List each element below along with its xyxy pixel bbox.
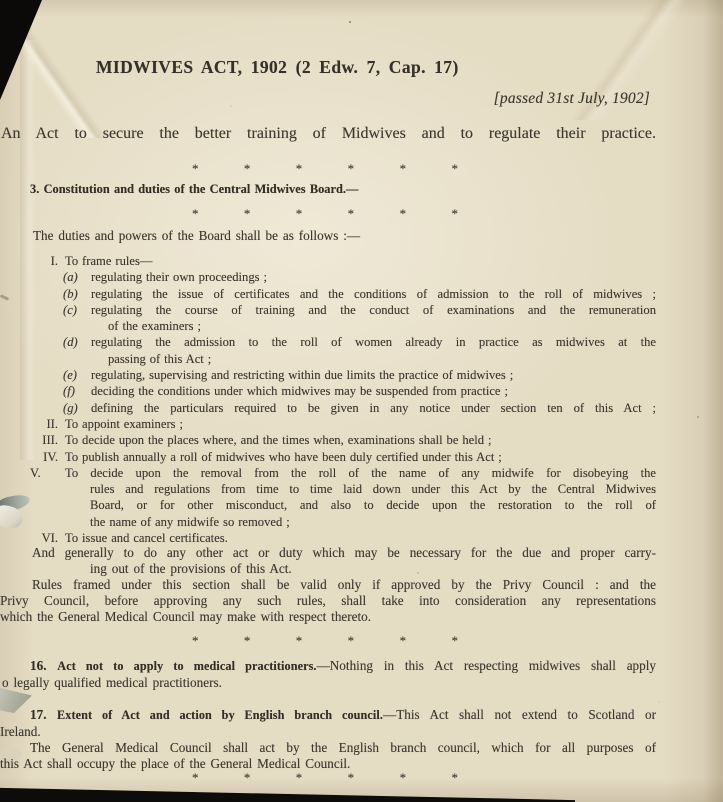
section-16-paragraph: 16. Act not to apply to medical practiti… (0, 658, 656, 691)
asterisk: * (451, 206, 458, 222)
duty-item-continuation: rules and regulations from time to time … (0, 481, 656, 497)
duty-label: (a) (63, 269, 86, 285)
section-17-line2: Ireland. (0, 724, 656, 740)
duty-label: (d) (63, 334, 86, 350)
duty-item: II.To appoint examiners ; (0, 416, 656, 432)
paragraph-line: And generally to do any other act or dut… (0, 545, 656, 561)
duty-label: II. (30, 416, 58, 432)
duty-label: (f) (63, 383, 86, 399)
asterisk: * (296, 770, 303, 786)
asterisk: * (400, 206, 407, 222)
section-16-line2: o legally qualified medical practitioner… (0, 675, 656, 691)
asterisk: * (244, 633, 251, 649)
rules-approval-paragraph: Rules framed under this section shall be… (0, 577, 656, 625)
section-3-lead: The duties and powers of the Board shall… (0, 228, 656, 244)
section-17-paragraph: 17. Extent of Act and action by English … (0, 707, 656, 740)
duty-text: To decide upon the removal from the roll… (65, 466, 656, 480)
asterisk: * (348, 161, 355, 177)
duty-text: To appoint examiners ; (65, 417, 183, 431)
section-number: 3. (30, 182, 39, 196)
duties-list: I.To frame rules— (a)regulating their ow… (0, 253, 656, 546)
paragraph-line: The General Medical Council shall act by… (0, 740, 656, 756)
asterisk: * (451, 633, 458, 649)
duty-text: regulating their own proceedings ; (91, 270, 267, 284)
asterisk: * (296, 161, 303, 177)
duty-label: III. (30, 432, 58, 448)
duty-item-continuation: Board, or for other misconduct, and also… (0, 497, 656, 513)
scanned-document-page: MIDWIVES ACT, 1902 (2 Edw. 7, Cap. 17) [… (0, 0, 723, 802)
section-text: —Nothing in this Act respecting midwives… (317, 658, 656, 673)
paragraph-line: ing out of the provisions of this Act. (0, 561, 656, 577)
duty-text: To issue and cancel certificates. (65, 531, 228, 545)
section-heading-text: Constitution and duties of the Central M… (44, 182, 359, 196)
duty-text: regulating the issue of certificates and… (91, 287, 656, 301)
section-run-in-heading: Extent of Act and action by English bran… (57, 708, 383, 722)
asterisk: * (244, 161, 251, 177)
duty-label: (e) (63, 367, 86, 383)
duty-text: To decide upon the places where, and the… (65, 433, 492, 447)
duty-item: (e)regulating, supervising and restricti… (0, 367, 656, 383)
duty-item: VI.To issue and cancel certificates. (0, 530, 656, 546)
duty-text: deciding the conditions under which midw… (91, 384, 508, 398)
paragraph-line: Privy Council, before approving any such… (0, 593, 656, 609)
duty-item: V.To decide upon the removal from the ro… (0, 465, 656, 481)
asterisk: * (192, 770, 199, 786)
duty-item: (f)deciding the conditions under which m… (0, 383, 656, 399)
asterisk: * (348, 770, 355, 786)
duty-label: (g) (63, 400, 86, 416)
asterisk: * (296, 206, 303, 222)
section-run-in-heading: Act not to apply to medical practitioner… (57, 659, 316, 673)
section-number: 16. (30, 658, 46, 673)
asterisk: * (400, 770, 407, 786)
duty-label: IV. (30, 449, 58, 465)
duty-label: (c) (63, 302, 86, 318)
duty-text: regulating the admission to the roll of … (91, 335, 656, 349)
duty-label: V. (30, 465, 58, 481)
document-title: MIDWIVES ACT, 1902 (2 Edw. 7, Cap. 17) (96, 57, 459, 78)
duty-item: (c)regulating the course of training and… (0, 302, 656, 318)
duty-label: I. (30, 253, 58, 269)
duty-label: (b) (63, 286, 86, 302)
duty-text: To publish annually a roll of midwives w… (65, 450, 502, 464)
asterisk: * (192, 206, 199, 222)
duty-item: (g)defining the particulars required to … (0, 400, 656, 416)
asterisk: * (400, 633, 407, 649)
section-17-line1: 17. Extent of Act and action by English … (0, 707, 656, 724)
duty-item-continuation: of the examiners ; (0, 318, 656, 334)
duty-text: To frame rules— (65, 254, 152, 268)
passed-date-note: [passed 31st July, 1902] (494, 90, 650, 108)
asterisk: * (348, 206, 355, 222)
section-text: —This Act shall not extend to Scotland o… (383, 707, 656, 722)
duty-label: VI. (30, 530, 58, 546)
duty-item: IV.To publish annually a roll of midwive… (0, 449, 656, 465)
general-duty-paragraph: And generally to do any other act or dut… (0, 545, 656, 577)
scan-background-bottom-edge (0, 786, 575, 802)
duty-item-continuation: passing of this Act ; (0, 351, 656, 367)
asterisk: * (451, 770, 458, 786)
asterisk: * (244, 206, 251, 222)
duty-text: regulating the course of training and th… (91, 303, 656, 317)
duty-text: regulating, supervising and restricting … (91, 368, 513, 382)
asterisk: * (192, 633, 199, 649)
asterisk-separator: ****** (192, 633, 458, 649)
asterisk: * (348, 633, 355, 649)
duty-item: III.To decide upon the places where, and… (0, 432, 656, 448)
asterisk: * (400, 161, 407, 177)
asterisk-separator: ****** (192, 770, 458, 786)
paragraph-line: which the General Medical Council may ma… (0, 609, 656, 625)
asterisk-separator: ****** (192, 161, 458, 177)
section-3-heading: 3. Constitution and duties of the Centra… (30, 182, 358, 197)
asterisk-separator: ****** (192, 206, 458, 222)
duty-item: (b)regulating the issue of certificates … (0, 286, 656, 302)
asterisk: * (296, 633, 303, 649)
duty-item: (d)regulating the admission to the roll … (0, 334, 656, 350)
section-16-line1: 16. Act not to apply to medical practiti… (0, 658, 656, 675)
section-number: 17. (30, 707, 46, 722)
asterisk: * (244, 770, 251, 786)
paragraph-line: Rules framed under this section shall be… (0, 577, 656, 593)
duty-item-continuation: the name of any midwife so removed ; (0, 514, 656, 530)
asterisk: * (192, 161, 199, 177)
duty-item: (a)regulating their own proceedings ; (0, 269, 656, 285)
duty-text: defining the particulars required to be … (91, 401, 656, 415)
asterisk: * (451, 161, 458, 177)
act-long-title: An Act to secure the better training of … (1, 125, 656, 143)
duty-item: I.To frame rules— (0, 253, 656, 269)
section-17-second-paragraph: The General Medical Council shall act by… (0, 740, 656, 772)
